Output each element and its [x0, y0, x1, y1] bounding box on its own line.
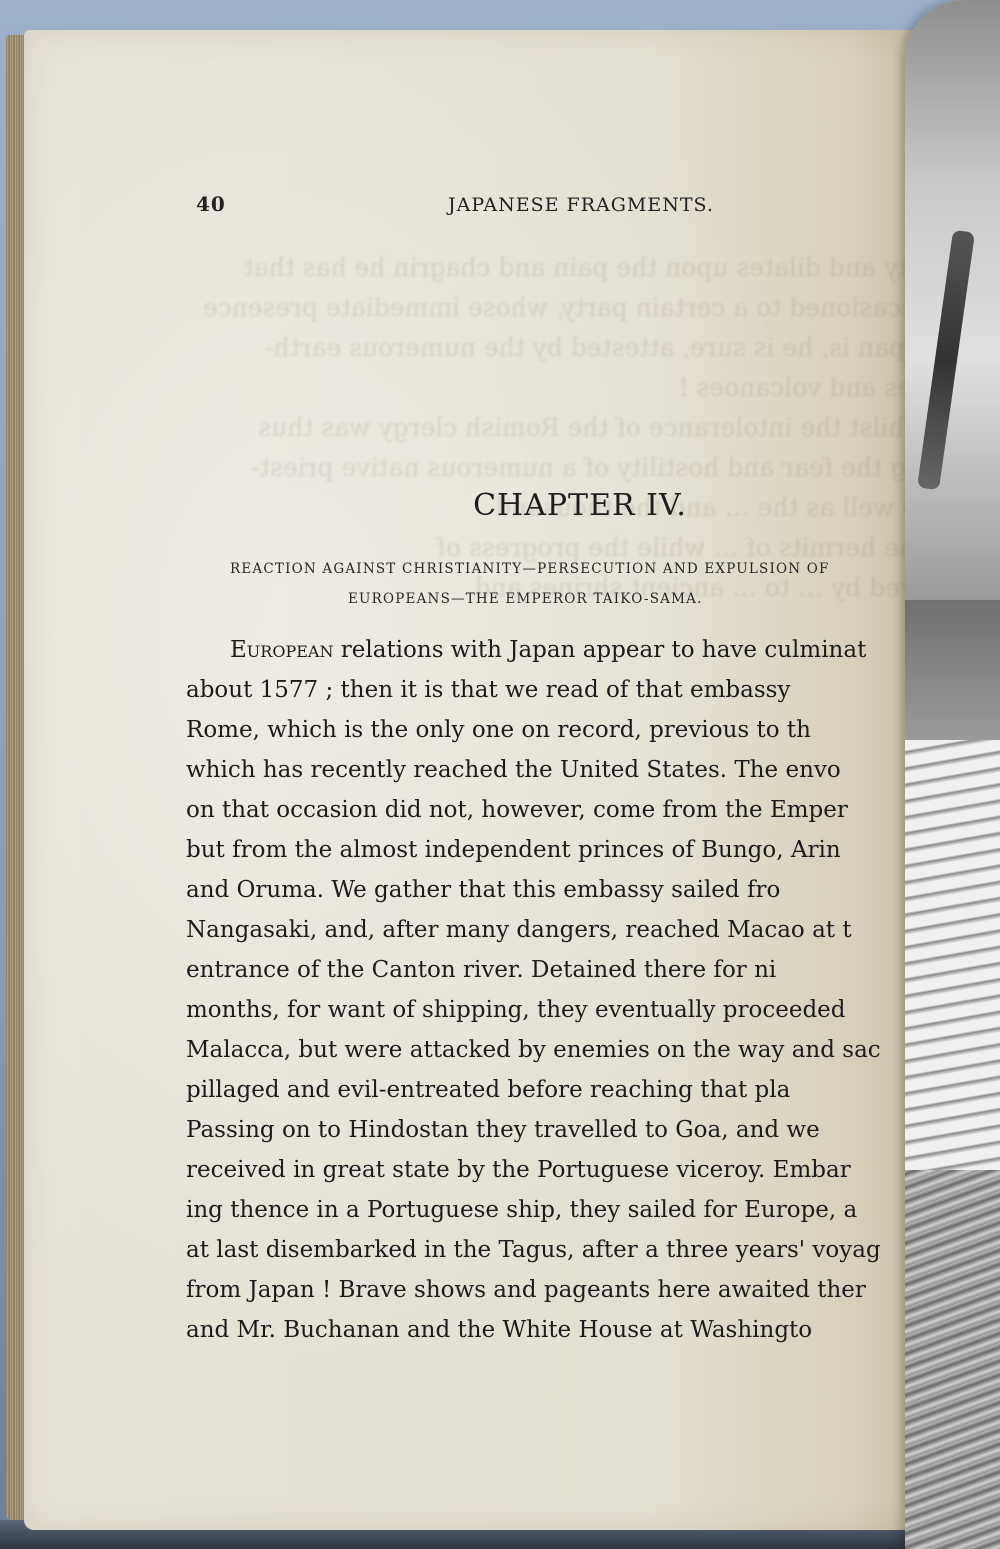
bleed-line: ing the fear and hostility of a numerous… — [190, 448, 930, 488]
bleed-line: ties and volcanoes ! — [190, 368, 930, 408]
body-line: about 1577 ; then it is that we read of … — [186, 670, 946, 710]
body-line: received in great state by the Portugues… — [186, 1150, 946, 1190]
body-line: Malacca, but were attacked by enemies on… — [186, 1030, 946, 1070]
body-line: entrance of the Canton river. Detained t… — [186, 950, 946, 990]
body-line: Rome, which is the only one on record, p… — [186, 710, 946, 750]
running-head: 40 JAPANESE FRAGMENTS. — [196, 192, 716, 222]
bleed-line: Japan is, he is sure, attested by the nu… — [190, 328, 930, 368]
body-line: on that occasion did not, however, come … — [186, 790, 946, 830]
body-line: from Japan ! Brave shows and pageants he… — [186, 1270, 946, 1310]
body-line: ing thence in a Portuguese ship, they sa… — [186, 1190, 946, 1230]
page-number: 40 — [196, 192, 226, 216]
lead-word: European — [230, 637, 333, 663]
chapter-summary: REACTION AGAINST CHRISTIANITY—PERSECUTIO… — [230, 554, 930, 614]
body-line: which has recently reached the United St… — [186, 750, 946, 790]
body-line: but from the almost independent princes … — [186, 830, 946, 870]
bleed-line: city and dilates upon the pain and chagr… — [190, 248, 930, 288]
body-line: European relations with Japan appear to … — [186, 630, 946, 670]
body-line: Passing on to Hindostan they travelled t… — [186, 1110, 946, 1150]
chapter-summary-line: EUROPEANS—THE EMPEROR TAIKO-SAMA. — [230, 584, 930, 614]
body-line: at last disembarked in the Tagus, after … — [186, 1230, 946, 1270]
engraving-plate — [905, 0, 1000, 1549]
bleed-line: Whilst the intolerance of the Romish cle… — [190, 408, 930, 448]
body-line: Nangasaki, and, after many dangers, reac… — [186, 910, 946, 950]
body-line-text: relations with Japan appear to have culm… — [333, 637, 866, 663]
bleed-line: occasioned to a certain party, whose imm… — [190, 288, 930, 328]
engraving-water — [905, 740, 1000, 1170]
body-text: European relations with Japan appear to … — [186, 630, 946, 1350]
engraving-shore — [905, 600, 1000, 740]
chapter-title: CHAPTER IV. — [380, 488, 780, 523]
body-line: months, for want of shipping, they event… — [186, 990, 946, 1030]
body-line: and Mr. Buchanan and the White House at … — [186, 1310, 946, 1350]
body-line: pillaged and evil-entreated before reach… — [186, 1070, 946, 1110]
engraving-ship — [905, 1170, 1000, 1549]
chapter-summary-line: REACTION AGAINST CHRISTIANITY—PERSECUTIO… — [230, 554, 930, 584]
body-line: and Oruma. We gather that this embassy s… — [186, 870, 946, 910]
running-title: JAPANESE FRAGMENTS. — [448, 194, 714, 216]
